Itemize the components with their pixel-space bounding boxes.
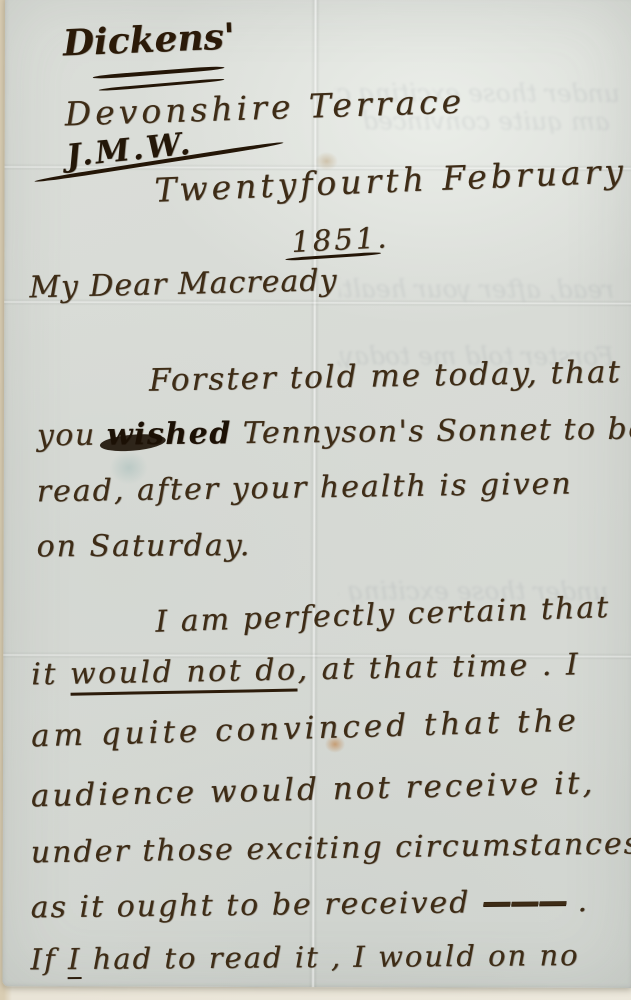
body-line: it would not do, at that time . I [31,648,581,693]
line-segment: If [30,942,68,976]
underlined-word: I [68,942,82,979]
body-line: Forster told me today, that [149,355,623,399]
body-line: am quite convinced that the [31,704,581,755]
photo-backdrop: under those exciting circumstances, am q… [0,0,631,1000]
body-line: read, after your health is given [36,467,572,509]
body-line: If I had to read it , I would on no [30,939,579,977]
body-line: audience would not receive it, [30,766,595,815]
line-segment: you [37,418,107,454]
underlined-phrase: would not do [70,653,298,696]
line-segment: it [31,657,70,693]
line-segment: , at that time . I [297,647,580,687]
line-segment: as it ought to be received [30,885,482,925]
salutation: My Dear Macready [29,264,338,306]
body-line: as it ought to be received ——— . [30,885,589,926]
body-line: on Saturday. [36,529,251,565]
line-segment: had to read it , I would on no [81,938,579,976]
line-segment: Tennyson's Sonnet to be [232,412,631,452]
body-line: I am perfectly certain that [155,591,611,640]
body-line: under those exciting circumstances, [30,827,631,871]
letter-paper: under those exciting circumstances, am q… [2,0,631,988]
date-line: Twentyfourth February [154,152,628,209]
collector-annotation: Dickens' [62,16,236,64]
annotation-underline-1 [93,66,225,80]
show-through-marks: read, after your health is given [339,276,614,302]
line-segment: . [566,884,589,919]
flourish-dash: ——— [482,884,566,920]
